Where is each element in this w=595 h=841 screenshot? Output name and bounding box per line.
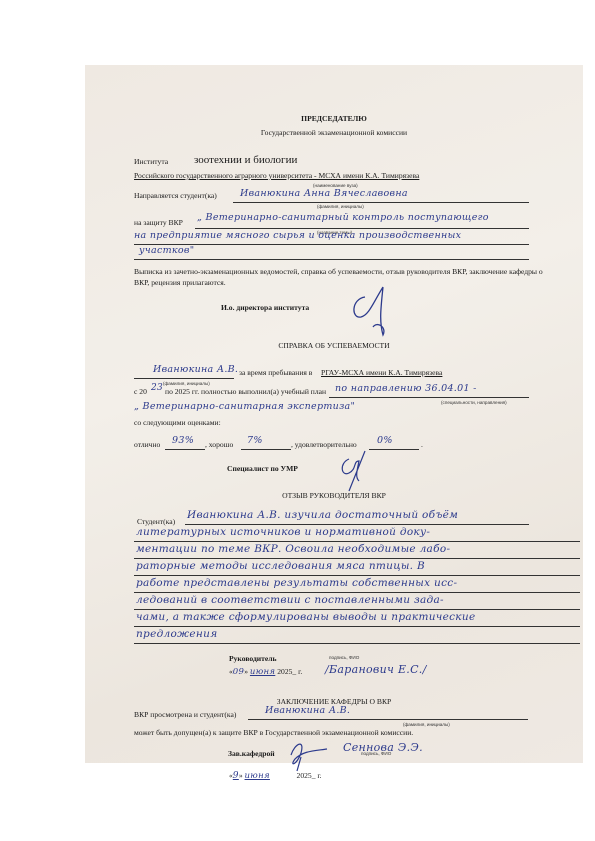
student-label: Направляется студент(ка) — [134, 191, 217, 200]
direction-underline-1 — [329, 397, 529, 398]
topic-line-2: на предприятие мясного сырья и оценка пр… — [134, 230, 461, 241]
student-underline — [233, 202, 529, 203]
direction-caption: (специальности, направления) — [441, 400, 507, 405]
supervisor-label: Руководитель — [229, 654, 277, 663]
review-line: раторные методы исследования мяса птицы.… — [136, 560, 425, 572]
perf-student-underline — [134, 378, 234, 379]
review-underline — [134, 609, 580, 610]
dept-student-handwritten: Иванюкина А.В. — [265, 705, 350, 716]
good-value: 7% — [247, 435, 263, 446]
perf-student-caption: (фамилия, инициалы) — [163, 381, 210, 386]
addressee-heading: ПРЕДСЕДАТЕЛЮ — [85, 114, 583, 123]
dept-student-caption: (фамилия, инициалы) — [403, 722, 450, 727]
director-label: И.о. директора института — [221, 303, 309, 312]
stay-text: за время пребывания в — [239, 368, 312, 377]
university-short: РГАУ-МСХА имени К.А. Тимирязева — [321, 368, 442, 377]
review-underline — [185, 524, 529, 525]
direction-line-2: „ Ветеринарно-санитарная экспертиза" — [134, 401, 355, 412]
university-name: Российского государственного аграрного у… — [134, 171, 419, 180]
review-underline — [134, 592, 580, 593]
topic-line-1: „ Ветеринарно-санитарный контроль поступ… — [197, 212, 489, 223]
review-underline — [134, 575, 580, 576]
review-line: литературных источников и нормативной до… — [136, 526, 430, 538]
head-signature — [283, 733, 333, 773]
document-page: ПРЕДСЕДАТЕЛЮ Государственной экзаменацио… — [85, 65, 583, 763]
specialist-label: Специалист по УМР — [227, 464, 298, 473]
review-underline — [134, 558, 580, 559]
review-line: Иванюкина А.В. изучила достаточный объём — [187, 509, 458, 521]
commission-heading: Государственной экзаменационной комиссии — [85, 128, 583, 137]
good-underline — [241, 449, 291, 450]
review-underline — [134, 541, 580, 542]
student-name-handwritten: Иванюкина Анна Вячеславовна — [240, 188, 408, 199]
admission-text: может быть допущен(а) к защите ВКР в Гос… — [134, 728, 413, 737]
excellent-label: отлично — [134, 440, 160, 449]
years-rest: по 2025 гг. полностью выполнил(а) учебны… — [165, 387, 326, 396]
direction-line-1: по направлению 36.04.01 - — [335, 383, 477, 394]
review-title: ОТЗЫВ РУКОВОДИТЕЛЯ ВКР — [85, 491, 583, 500]
topic-underline-3 — [134, 259, 529, 260]
head-label: Зав.кафедрой — [228, 749, 275, 758]
dept-student-underline — [248, 719, 528, 720]
supervisor-date: «09» июня 2025_ г. — [229, 667, 302, 677]
institute-label: Института — [134, 157, 168, 166]
perf-student-handwritten: Иванюкина А.В. — [153, 364, 238, 375]
review-line: чами, а также сформулированы выводы и пр… — [136, 611, 475, 623]
review-student-label: Студент(ка) — [137, 517, 175, 526]
institute-name: зоотехнии и биологии — [194, 154, 297, 166]
review-underline — [134, 626, 580, 627]
review-line: работе представлены результаты собственн… — [136, 577, 457, 589]
review-underline — [134, 643, 580, 644]
attachments-text: Выписка из зачетно-экзаменационных ведом… — [134, 266, 544, 288]
supervisor-signature-caption: подпись, ФИО — [329, 655, 359, 660]
grades-intro: со следующими оценками: — [134, 418, 221, 427]
reviewed-label: ВКР просмотрена и студент(ка) — [134, 710, 236, 719]
performance-title: СПРАВКА ОБ УСПЕВАЕМОСТИ — [85, 341, 583, 350]
student-caption: (фамилия, инициалы) — [317, 204, 364, 209]
review-line: предложения — [136, 628, 217, 640]
topic-underline-1 — [195, 228, 529, 229]
year-start-handwritten: 23 — [151, 383, 163, 393]
satisfactory-value: 0% — [377, 435, 393, 446]
director-signature — [343, 277, 403, 339]
head-signature-caption: подпись, ФИО — [361, 751, 391, 756]
good-label: , хорошо — [205, 440, 233, 449]
satisfactory-underline — [369, 449, 419, 450]
topic-line-3: участков" — [139, 245, 194, 256]
topic-label: на защиту ВКР — [134, 218, 183, 227]
department-date: «9» июня2025_ г. — [229, 771, 322, 781]
excellent-underline — [165, 449, 205, 450]
supervisor-signature-name: /Баранович Е.С./ — [325, 663, 427, 676]
review-line: ментации по теме ВКР. Освоила необходимы… — [136, 543, 450, 555]
excellent-value: 93% — [172, 435, 194, 446]
review-line: ледований в соответствии с поставленными… — [136, 594, 444, 606]
years-prefix: с 20 — [134, 387, 147, 396]
specialist-signature — [335, 447, 375, 492]
